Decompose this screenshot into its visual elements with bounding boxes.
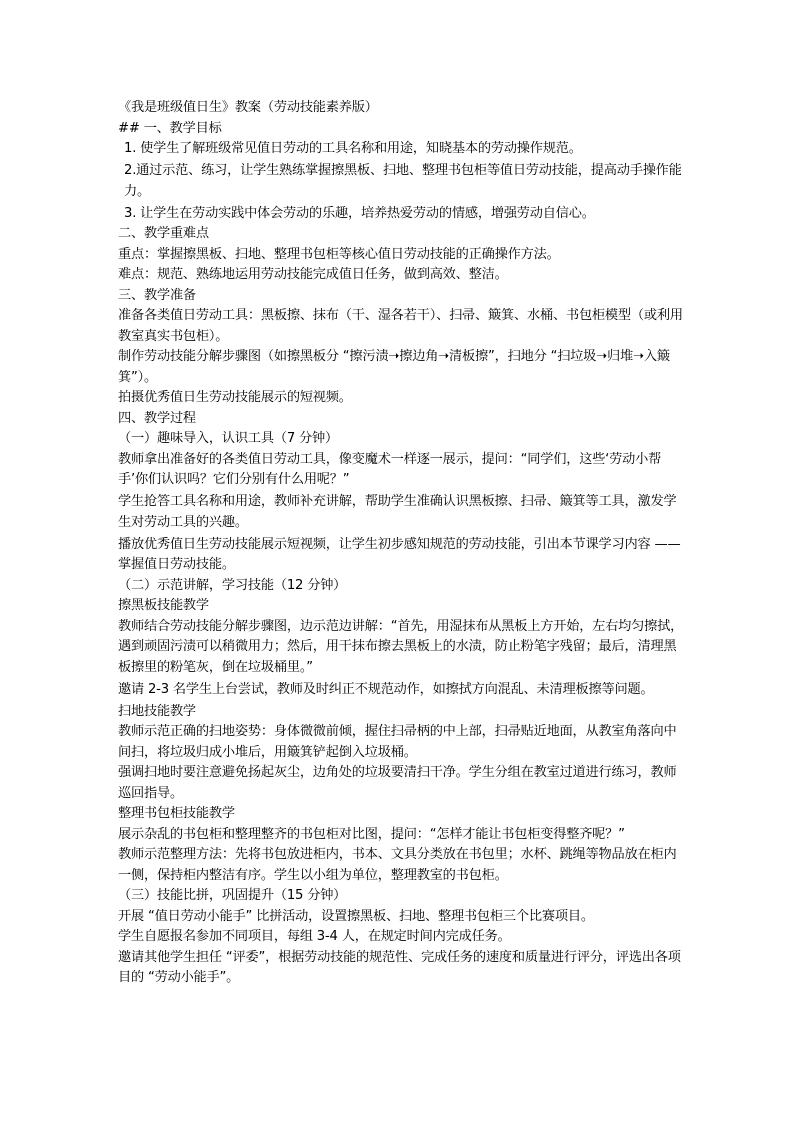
subsection-heading-competition: （三）技能比拼，巩固提升（15 分钟） — [118, 886, 688, 907]
section-heading-objectives: ## 一、教学目标 — [118, 119, 688, 140]
skill-title-sweeping: 扫地技能教学 — [118, 702, 688, 723]
difficulty-text: 难点：规范、熟练地运用劳动技能完成值日任务，做到高效、整洁。 — [118, 265, 688, 286]
process-paragraph: 学生自愿报名参加不同项目，每组 3-4 人，在规定时间内完成任务。 — [118, 927, 688, 948]
key-point-text: 重点：掌握擦黑板、扫地、整理书包柜等核心值日劳动技能的正确操作方法。 — [118, 245, 688, 266]
subsection-heading-demonstration: （二）示范讲解，学习技能（12 分钟） — [118, 576, 688, 597]
preparation-item: 准备各类值日劳动工具：黑板擦、抹布（干、湿各若干）、扫帚、簸箕、水桶、书包柜模型… — [118, 306, 688, 347]
process-paragraph: 展示杂乱的书包柜和整理整齐的书包柜对比图，提问：“怎样才能让书包柜变得整齐呢？” — [118, 825, 688, 846]
process-paragraph: 教师结合劳动技能分解步骤图，边示范边讲解：“首先，用湿抹布从黑板上方开始，左右均… — [118, 617, 688, 679]
skill-title-cabinet: 整理书包柜技能教学 — [118, 804, 688, 825]
process-paragraph: 教师示范正确的扫地姿势：身体微微前倾，握住扫帚柄的中上部，扫帚贴近地面，从教室角… — [118, 722, 688, 763]
preparation-item: 拍摄优秀值日生劳动技能展示的短视频。 — [118, 388, 688, 409]
objective-item: 2.通过示范、练习，让学生熟练掌握擦黑板、扫地、整理书包柜等值日劳动技能，提高动… — [118, 161, 688, 202]
document-title: 《我是班级值日生》教案（劳动技能素养版） — [118, 98, 688, 119]
process-paragraph: 学生抢答工具名称和用途，教师补充讲解，帮助学生准确认识黑板擦、扫帚、簸箕等工具，… — [118, 492, 688, 533]
section-heading-key-points: 二、教学重难点 — [118, 224, 688, 245]
subsection-heading-intro: （一）趣味导入，认识工具（7 分钟） — [118, 429, 688, 450]
process-paragraph: 强调扫地时要注意避免扬起灰尘，边角处的垃圾要清扫干净。学生分组在教室过道进行练习… — [118, 763, 688, 804]
process-paragraph: 播放优秀值日生劳动技能展示短视频，让学生初步感知规范的劳动技能，引出本节课学习内… — [118, 535, 688, 576]
objective-item: 3. 让学生在劳动实践中体会劳动的乐趣，培养热爱劳动的情感，增强劳动自信心。 — [118, 204, 688, 225]
document-page: 《我是班级值日生》教案（劳动技能素养版） ## 一、教学目标 1. 使学生了解班… — [118, 98, 688, 989]
skill-title-blackboard: 擦黑板技能教学 — [118, 596, 688, 617]
process-paragraph: 教师拿出准备好的各类值日劳动工具，像变魔术一样逐一展示，提问：“同学们，这些‘劳… — [118, 450, 688, 491]
objective-item: 1. 使学生了解班级常见值日劳动的工具名称和用途，知晓基本的劳动操作规范。 — [118, 139, 688, 160]
section-heading-process: 四、教学过程 — [118, 409, 688, 430]
preparation-item: 制作劳动技能分解步骤图（如擦黑板分 “擦污渍➝擦边角➝清板擦”，扫地分 “扫垃圾… — [118, 347, 688, 388]
process-paragraph: 邀请 2-3 名学生上台尝试，教师及时纠正不规范动作，如擦拭方向混乱、未清理板擦… — [118, 680, 688, 701]
process-paragraph: 开展 “值日劳动小能手” 比拼活动，设置擦黑板、扫地、整理书包柜三个比赛项目。 — [118, 907, 688, 928]
process-paragraph: 邀请其他学生担任 “评委”，根据劳动技能的规范性、完成任务的速度和质量进行评分，… — [118, 948, 688, 989]
process-paragraph: 教师示范整理方法：先将书包放进柜内，书本、文具分类放在书包里；水杯、跳绳等物品放… — [118, 845, 688, 886]
section-heading-preparation: 三、教学准备 — [118, 286, 688, 307]
